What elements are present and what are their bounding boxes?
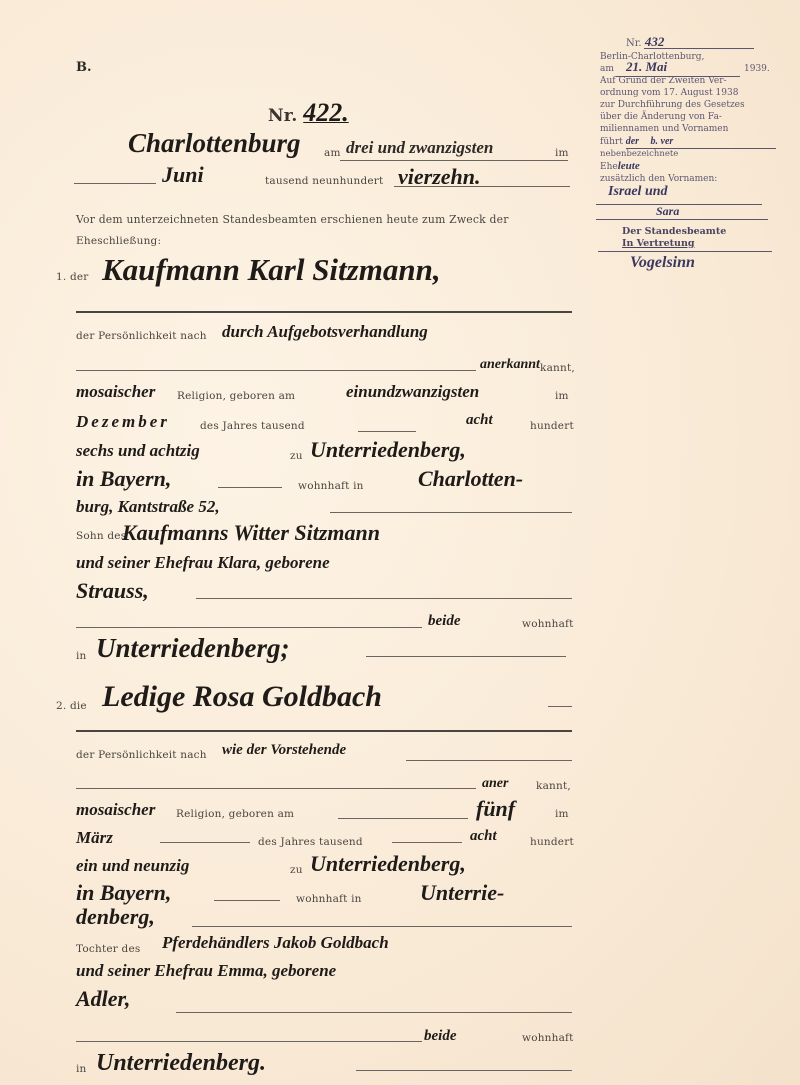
groom-maiden-rule (196, 598, 572, 599)
stamp-nr-label: Nr. (626, 38, 642, 49)
groom-final-rule (366, 656, 566, 657)
stamp-date-hand: 21. Mai (626, 59, 667, 75)
groom-in-label: in (76, 650, 87, 662)
groom-religion-hand: mosaischer (76, 382, 155, 402)
bride-birthplace: Unterriedenberg, (310, 851, 466, 877)
section-letter: B. (76, 60, 92, 75)
groom-zu-label: zu (290, 450, 303, 462)
stamp-signature: Vogelsinn (630, 254, 695, 272)
groom-father: Kaufmanns Witter Sitzmann (122, 520, 380, 546)
bride-birthplace-region: in Bayern, (76, 880, 171, 906)
bride-century-hand: acht (470, 828, 497, 845)
nr-label: Nr. (268, 106, 297, 126)
bride-known-label: kannt, (536, 780, 571, 792)
bride-residence-cont: denberg, (76, 904, 155, 930)
stamp-ehe-hand: leute (618, 160, 640, 172)
day-suffix: im (555, 147, 569, 159)
groom-birth-month: Dezember (76, 412, 170, 432)
bride-both-hand: beide (424, 1028, 456, 1045)
stamp-official-1: Der Standesbeamte (622, 226, 726, 237)
groom-name-rule (76, 311, 572, 313)
bride-region-rule (214, 900, 280, 901)
stamp-naming: nebenbezeichnete (600, 149, 678, 159)
bride-mother-line: und seiner Ehefrau Emma, geborene (76, 961, 336, 981)
day-hand: drei und zwanzigsten (346, 138, 493, 158)
bride-name-rule (76, 730, 572, 732)
stamp-official-2: In Vertretung (622, 238, 695, 249)
groom-address-rule (330, 512, 572, 513)
bride-zu-label: zu (290, 864, 303, 876)
record-number: Nr. 422. (268, 98, 349, 128)
bride-in-label: in (76, 1063, 87, 1075)
groom-religion-label: Religion, geboren am (177, 390, 295, 402)
groom-known-label: kannt, (540, 362, 575, 374)
bride-month-rule (160, 842, 250, 843)
groom-birthplace: Unterriedenberg, (310, 437, 466, 463)
stamp-fuehrt-hand-2: b. ver (651, 136, 674, 147)
bride-parents-residence: Unterriedenberg. (96, 1050, 266, 1077)
groom-birthplace-region: in Bayern, (76, 466, 171, 492)
stamp-vorname-rule-2 (596, 219, 768, 220)
groom-both-label: wohnhaft (522, 618, 574, 630)
year-rule (394, 186, 570, 187)
bride-birth-day: fünf (476, 796, 515, 822)
groom-number-label: 1. der (56, 271, 89, 283)
groom-mother-maiden: Strauss, (76, 578, 149, 604)
bride-name: Ledige Rosa Goldbach (102, 680, 382, 714)
nr-value: 422. (303, 98, 349, 127)
groom-mother-line: und seiner Ehefrau Klara, geborene (76, 553, 330, 573)
bride-both-rule (76, 1041, 422, 1042)
bride-identity-rule (406, 760, 572, 761)
register-page: B. Nr. 422. Charlottenburg am drei und z… (0, 0, 800, 1085)
stamp-text-2: ordnung vom 17. August 1938 (600, 88, 738, 98)
bride-residence-label: wohnhaft in (296, 893, 362, 905)
bride-identity-label: der Persönlichkeit nach (76, 749, 207, 761)
year-printed: tausend neunhundert (265, 175, 383, 187)
stamp-ehe: Eheleute (600, 160, 640, 172)
bride-religion-label: Religion, geboren am (176, 808, 294, 820)
stamp-text-4: über die Änderung von Fa- (600, 112, 722, 122)
month-lead-rule (74, 183, 156, 184)
am-label: am (324, 147, 341, 159)
groom-both-hand: beide (428, 613, 460, 630)
stamp-ehe-label: Ehe (600, 162, 618, 172)
stamp-nr-value: 432 (645, 34, 665, 49)
groom-parents-residence: Unterriedenberg; (96, 633, 289, 664)
bride-maiden-rule (176, 1012, 572, 1013)
groom-name: Kaufmann Karl Sitzmann, (102, 252, 441, 288)
bride-year-rule (392, 842, 462, 843)
stamp-text-5: miliennamen und Vornamen (600, 124, 728, 134)
bride-birth-day-suffix: im (555, 808, 569, 820)
bride-identity-value: wie der Vorstehende (222, 742, 346, 759)
groom-birth-day-suffix: im (555, 390, 569, 402)
bride-known-hand: aner (482, 776, 508, 792)
stamp-text-1: Auf Grund der Zweiten Ver- (600, 76, 727, 86)
bride-religion-hand: mosaischer (76, 800, 155, 820)
groom-parents-label: Sohn des (76, 530, 126, 542)
groom-region-rule (218, 487, 282, 488)
intro-line-1: Vor dem unterzeichneten Standesbeamten e… (76, 213, 509, 226)
groom-known-hand: anerkannt (480, 357, 540, 373)
month-hand: Juni (162, 162, 204, 188)
stamp-year: 1939. (744, 64, 770, 74)
stamp-added-label: zusätzlich den Vornamen: (600, 174, 717, 184)
groom-residence-cont: burg, Kantstraße 52, (76, 497, 220, 517)
stamp-fuehrt: führt der b. ver (600, 136, 673, 147)
groom-identity-label: der Persönlichkeit nach (76, 330, 207, 342)
bride-mother-maiden: Adler, (76, 986, 130, 1012)
bride-parents-label: Tochter des (76, 943, 140, 955)
bride-final-rule (356, 1070, 572, 1071)
day-rule (340, 160, 568, 161)
groom-birth-day: einundzwanzigsten (346, 382, 479, 402)
bride-residence: Unterrie- (420, 880, 504, 906)
groom-residence: Charlotten- (418, 466, 523, 492)
groom-hundred-label: hundert (530, 420, 574, 432)
groom-known-rule (76, 370, 476, 371)
intro-line-2: Eheschließung: (76, 235, 161, 247)
groom-century-hand: acht (466, 412, 493, 429)
stamp-vorname-1: Israel und (608, 184, 668, 200)
bride-known-rule (76, 788, 476, 789)
bride-name-tail-rule (548, 706, 572, 707)
groom-residence-label: wohnhaft in (298, 480, 364, 492)
bride-birth-day-rule (338, 818, 468, 819)
bride-father: Pferdehändlers Jakob Goldbach (162, 933, 389, 953)
groom-year-rule (358, 431, 416, 432)
bride-number-label: 2. die (56, 700, 87, 712)
groom-both-rule (76, 627, 422, 628)
stamp-official-rule (598, 251, 772, 252)
bride-birth-year-tail: ein und neunzig (76, 856, 189, 876)
bride-both-label: wohnhaft (522, 1032, 574, 1044)
bride-address-rule (192, 926, 572, 927)
groom-year-label: des Jahres tausend (200, 420, 305, 432)
stamp-fuehrt-hand: der (626, 136, 639, 147)
stamp-nr-rule (644, 48, 754, 49)
stamp-fuehrt-label: führt (600, 137, 623, 147)
stamp-am-label: am (600, 64, 614, 74)
place-hand: Charlottenburg (128, 128, 301, 159)
bride-year-label: des Jahres tausend (258, 836, 363, 848)
groom-birth-year-tail: sechs und achtzig (76, 441, 200, 461)
stamp-vorname-2: Sara (656, 204, 679, 219)
bride-hundred-label: hundert (530, 836, 574, 848)
stamp-text-3: zur Durchführung des Gesetzes (600, 100, 745, 110)
bride-birth-month: März (76, 828, 113, 848)
groom-identity-value: durch Aufgebotsverhandlung (222, 322, 428, 342)
